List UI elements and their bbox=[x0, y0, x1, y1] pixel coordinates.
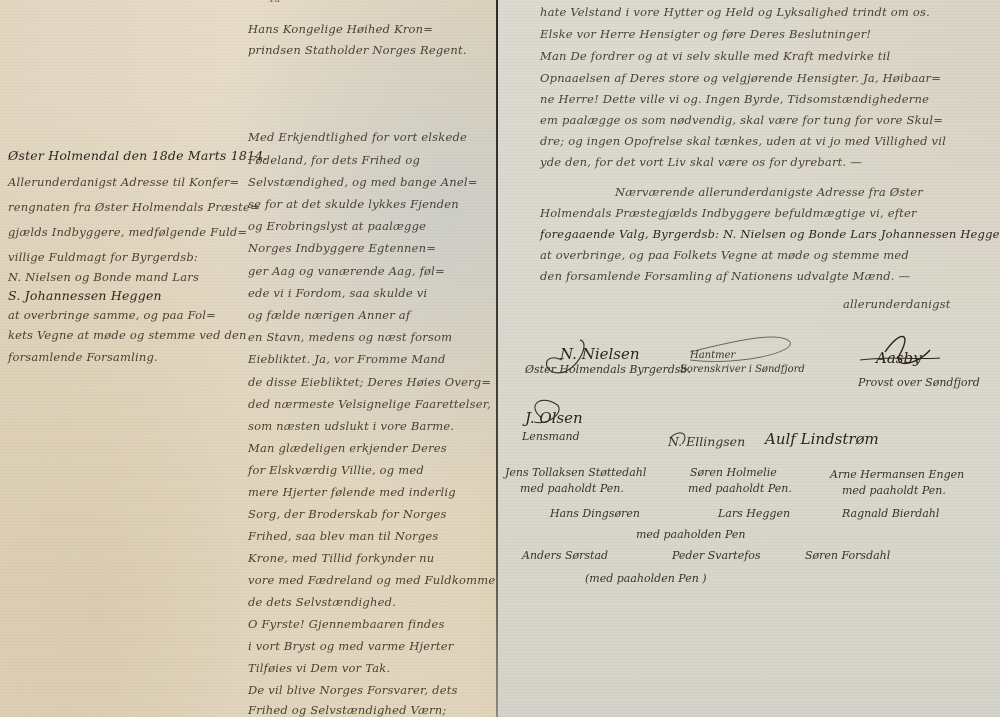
witness-name: Søren Holmelie bbox=[690, 466, 777, 479]
text-line: Holmendals Præstegjælds Indbyggere beful… bbox=[540, 206, 917, 220]
witness-note: (med paaholden Pen ) bbox=[585, 572, 707, 585]
place-date-line: Øster Holmendal den 18de Marts 1814. bbox=[8, 148, 268, 163]
text-line: Sorg, der Broderskab for Norges bbox=[248, 507, 447, 521]
signature-name: N. Ellingsen bbox=[668, 434, 745, 449]
witness-note: med paaholden Pen bbox=[636, 528, 746, 541]
address-line: Hans Kongelige Høihed Kron= bbox=[248, 22, 433, 36]
text-line: ne Herre! Dette ville vi og. Ingen Byrde… bbox=[540, 92, 929, 106]
text-line: at overbringe, og paa Folkets Vegne at m… bbox=[540, 248, 909, 262]
text-line: se for at det skulde lykkes Fjenden bbox=[248, 197, 459, 211]
signature-name: N. Nielsen bbox=[560, 345, 640, 363]
text-line: Fødeland, for dets Frihed og bbox=[248, 153, 420, 167]
text-line: den forsamlende Forsamling af Nationens … bbox=[540, 269, 910, 283]
text-line: Elske vor Herre Hensigter og føre Deres … bbox=[540, 27, 871, 41]
witness-note: med paaholdt Pen. bbox=[688, 482, 792, 495]
text-line: Frihed, saa blev man til Norges bbox=[248, 529, 439, 543]
witness-note: med paaholdt Pen. bbox=[520, 482, 624, 495]
text-line: O Fyrste! Gjennembaaren findes bbox=[248, 617, 445, 631]
text-line: de dets Selvstændighed. bbox=[248, 595, 396, 609]
witness-name: Arne Hermansen Engen bbox=[830, 468, 964, 481]
margin-line: forsamlende Forsamling. bbox=[8, 350, 158, 364]
left-page: 4a Øster Holmendal den 18de Marts 1814. … bbox=[0, 0, 496, 717]
witness-name: Jens Tollaksen Støttedahl bbox=[505, 466, 646, 479]
margin-line: S. Johannessen Heggen bbox=[8, 288, 162, 303]
text-line: Selvstændighed, og med bange Anel= bbox=[248, 175, 478, 189]
signature-name: J. Olsen bbox=[525, 409, 583, 427]
text-line: ger Aag og vanærende Aag, føl= bbox=[248, 264, 445, 278]
page-number-mark: 4a bbox=[268, 0, 281, 5]
margin-line: at overbringe samme, og paa Fol= bbox=[8, 308, 216, 322]
signature-title: Lensmand bbox=[522, 430, 580, 443]
text-line: Man glædeligen erkjender Deres bbox=[248, 441, 447, 455]
text-line: Med Erkjendtlighed for vort elskede bbox=[248, 130, 467, 144]
text-line: Nærværende allerunderdanigste Adresse fr… bbox=[615, 185, 923, 199]
text-line: vore med Fædreland og med Fuldkommen bbox=[248, 573, 496, 587]
margin-line: kets Vegne at møde og stemme ved den bbox=[8, 328, 247, 342]
signature-name: Aasby bbox=[876, 349, 922, 367]
text-line: og Erobringslyst at paalægge bbox=[248, 219, 426, 233]
text-line: Opnaaelsen af Deres store og velgjørende… bbox=[540, 71, 941, 85]
text-line: og fælde nærigen Anner af bbox=[248, 308, 410, 322]
text-line: foregaaende Valg, Byrgerdsb: N. Nielsen … bbox=[540, 227, 1000, 241]
witness-name: Ragnald Bierdahl bbox=[842, 507, 939, 520]
valediction: allerunderdanigst bbox=[843, 297, 951, 311]
text-line: som næsten udslukt i vore Barme. bbox=[248, 419, 454, 433]
text-line: ded nærmeste Velsignelige Faarettelser, bbox=[248, 397, 491, 411]
text-line: Tilføies vi Dem vor Tak. bbox=[248, 661, 390, 675]
margin-line: gjælds Indbyggere, medfølgende Fuld= bbox=[8, 225, 247, 239]
signature-title: Sorenskriver i Søndfjord bbox=[680, 364, 805, 375]
margin-line: N. Nielsen og Bonde mand Lars bbox=[8, 270, 199, 284]
text-line: Eiebliktet. Ja, vor Fromme Mand bbox=[248, 352, 446, 366]
text-line: yde den, for det vort Liv skal være os f… bbox=[540, 155, 862, 169]
text-line: en Stavn, medens og næst forsom bbox=[248, 330, 452, 344]
text-line: dre; og ingen Opofrelse skal tænkes, ude… bbox=[540, 134, 946, 148]
margin-line: rengnaten fra Øster Holmendals Præste= bbox=[8, 200, 260, 214]
witness-name: Anders Sørstad bbox=[522, 549, 608, 562]
address-line: prindsen Statholder Norges Regent. bbox=[248, 43, 467, 57]
signature-title: Provst over Søndfjord bbox=[858, 376, 980, 389]
witness-note: med paaholdt Pen. bbox=[842, 484, 946, 497]
witness-name: Hans Dingsøren bbox=[550, 507, 640, 520]
text-line: i vort Bryst og med varme Hjerter bbox=[248, 639, 453, 653]
signature-title: Øster Holmendals Byrgerdsb. bbox=[525, 363, 691, 376]
text-line: De vil blive Norges Forsvarer, dets bbox=[248, 683, 458, 697]
text-line: ede vi i Fordom, saa skulde vi bbox=[248, 286, 427, 300]
text-line: for Elskværdig Villie, og med bbox=[248, 463, 424, 477]
text-line: em paalægge os som nødvendig, skal være … bbox=[540, 113, 943, 127]
witness-name: Peder Svartefos bbox=[672, 549, 761, 562]
signature-name: Hantmer bbox=[690, 350, 735, 361]
witness-name: Søren Forsdahl bbox=[805, 549, 890, 562]
text-line: mere Hjerter følende med inderlig bbox=[248, 485, 456, 499]
text-line: Norges Indbyggere Egtennen= bbox=[248, 241, 436, 255]
margin-line: Allerunderdanigst Adresse til Konfer= bbox=[8, 175, 239, 189]
witness-name: Lars Heggen bbox=[718, 507, 790, 520]
text-line: hate Velstand i vore Hytter og Held og L… bbox=[540, 5, 930, 19]
text-line: Krone, med Tillid forkynder nu bbox=[248, 551, 434, 565]
text-line: Frihed og Selvstændighed Værn; bbox=[248, 703, 446, 717]
signature-name: Aulf Lindstrøm bbox=[765, 430, 879, 448]
text-line: Man De fordrer og at vi selv skulle med … bbox=[540, 49, 890, 63]
margin-line: villige Fuldmagt for Byrgerdsb: bbox=[8, 250, 198, 264]
text-line: de disse Eiebliktet; Deres Høies Overg= bbox=[248, 375, 491, 389]
